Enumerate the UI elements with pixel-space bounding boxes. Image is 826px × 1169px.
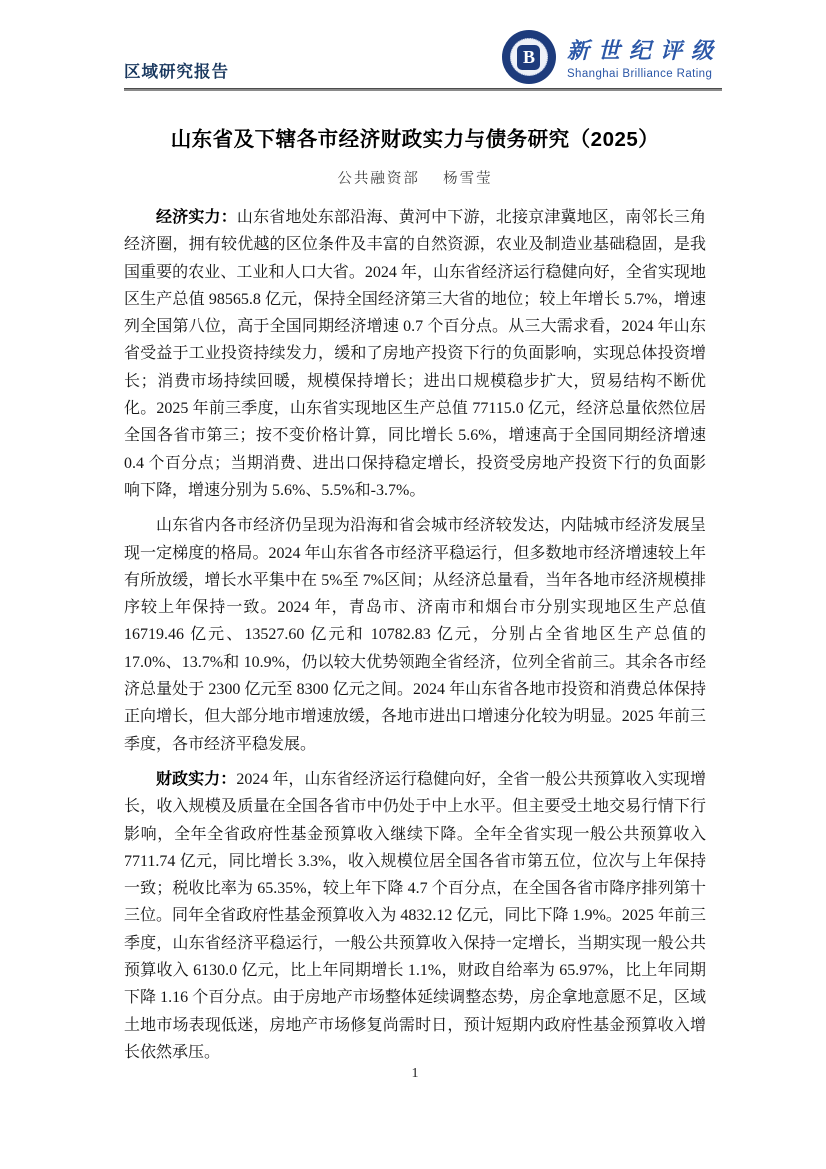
report-page: 区域研究报告 B 新世纪评级 Shanghai Brilliance Ratin… <box>0 0 826 1169</box>
document-title: 山东省及下辖各市经济财政实力与债务研究（2025） <box>124 122 706 152</box>
company-name-en: Shanghai Brilliance Rating <box>567 68 722 80</box>
emblem-monogram: B <box>517 45 540 70</box>
header-divider <box>124 88 722 91</box>
page-header: 区域研究报告 B 新世纪评级 Shanghai Brilliance Ratin… <box>124 0 722 91</box>
logo-text-block: 新世纪评级 Shanghai Brilliance Rating <box>567 34 722 80</box>
paragraph-text-fiscal: 2024 年，山东省经济运行稳健向好，全省一般公共预算收入实现增长，收入规模及质… <box>124 771 706 1061</box>
emblem-inner-ring: B <box>510 38 548 76</box>
byline-department: 公共融资部 <box>337 171 420 187</box>
company-logo: B 新世纪评级 Shanghai Brilliance Rating <box>502 30 722 86</box>
company-emblem-icon: B <box>502 30 556 84</box>
paragraph-fiscal-strength: 财政实力：2024 年，山东省经济运行稳健向好，全省一般公共预算收入实现增长，收… <box>124 766 706 1066</box>
paragraph-lead-economic: 经济实力： <box>156 209 237 226</box>
paragraph-text-economic: 山东省地处东部沿海、黄河中下游，北接京津冀地区，南邻长三角经济圈，拥有较优越的区… <box>124 209 706 499</box>
report-type-label: 区域研究报告 <box>124 58 229 86</box>
paragraph-lead-fiscal: 财政实力： <box>156 771 236 788</box>
byline: 公共融资部杨雪莹 <box>124 167 706 188</box>
byline-author: 杨雪莹 <box>443 171 493 187</box>
company-name-cn: 新世纪评级 <box>567 34 722 65</box>
paragraph-economic-strength: 经济实力：山东省地处东部沿海、黄河中下游，北接京津冀地区，南邻长三角经济圈，拥有… <box>124 204 706 504</box>
header-row: 区域研究报告 B 新世纪评级 Shanghai Brilliance Ratin… <box>124 0 722 86</box>
document-body: 经济实力：山东省地处东部沿海、黄河中下游，北接京津冀地区，南邻长三角经济圈，拥有… <box>124 204 706 1074</box>
paragraph-city-economy: 山东省内各市经济仍呈现为沿海和省会城市经济较发达，内陆城市经济发展呈现一定梯度的… <box>124 512 706 758</box>
paragraph-text-city: 山东省内各市经济仍呈现为沿海和省会城市经济较发达，内陆城市经济发展呈现一定梯度的… <box>124 517 706 752</box>
page-number: 1 <box>124 1066 706 1082</box>
